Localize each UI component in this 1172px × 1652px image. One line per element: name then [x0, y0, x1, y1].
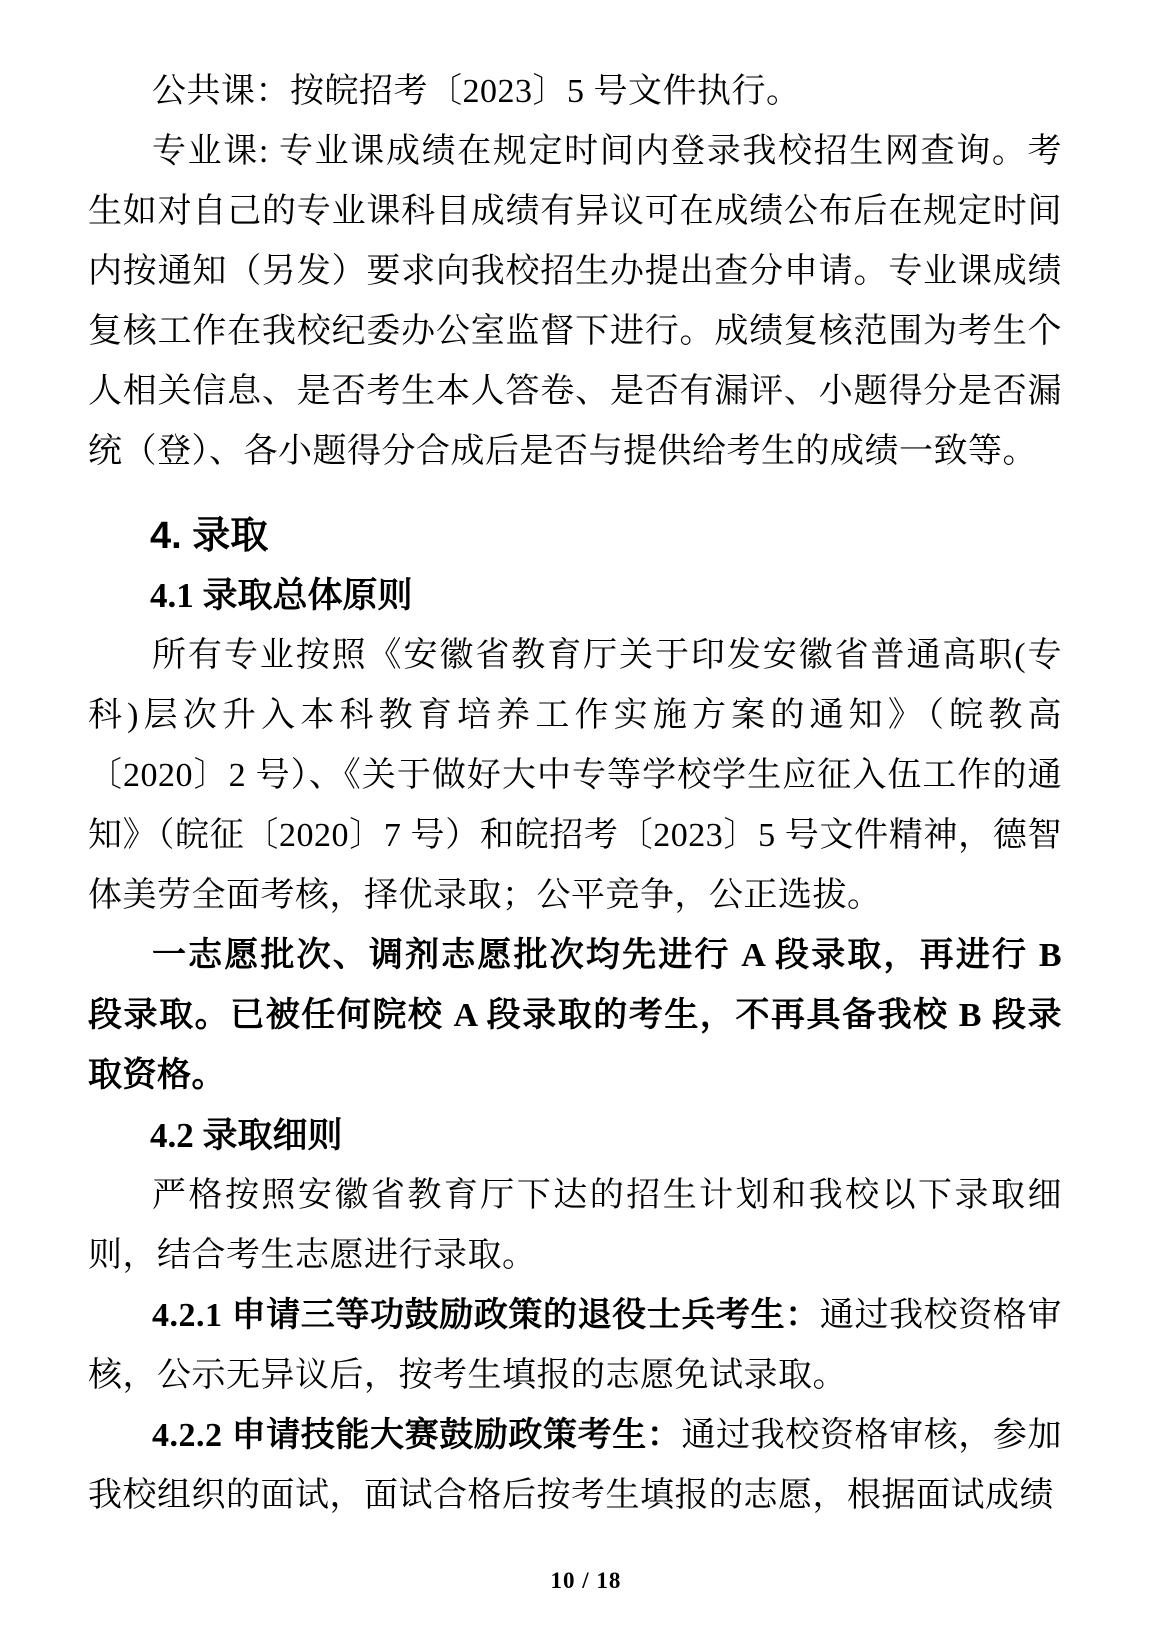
paragraph-4-2-1-lead: 4.2.1 申请三等功鼓励政策的退役士兵考生： — [152, 1297, 820, 1334]
page-number: 10 / 18 — [0, 1568, 1172, 1594]
paragraph-public-course: 公共课：按皖招考〔2023〕5 号文件执行。 — [88, 62, 1062, 122]
document-page: 公共课：按皖招考〔2023〕5 号文件执行。 专业课: 专业课成绩在规定时间内登… — [0, 0, 1172, 1652]
heading-section-4-1-general-principles: 4.1 录取总体原则 — [88, 566, 1062, 626]
paragraph-4-1-policy: 所有专业按照《安徽省教育厅关于印发安徽省普通高职(专科)层次升入本科教育培养工作… — [88, 626, 1062, 926]
heading-section-4-2-detailed-rules: 4.2 录取细则 — [88, 1106, 1062, 1166]
heading-section-4-admission: 4. 录取 — [88, 506, 1062, 566]
paragraph-4-2-1: 4.2.1 申请三等功鼓励政策的退役士兵考生：通过我校资格审核，公示无异议后，按… — [88, 1286, 1062, 1406]
paragraph-ab-section-rule: 一志愿批次、调剂志愿批次均先进行 A 段录取，再进行 B 段录取。已被任何院校 … — [88, 926, 1062, 1106]
paragraph-4-2-intro: 严格按照安徽省教育厅下达的招生计划和我校以下录取细则，结合考生志愿进行录取。 — [88, 1166, 1062, 1286]
paragraph-4-2-2-lead: 4.2.2 申请技能大赛鼓励政策考生： — [152, 1417, 681, 1454]
paragraph-4-2-2: 4.2.2 申请技能大赛鼓励政策考生：通过我校资格审核，参加我校组织的面试，面试… — [88, 1406, 1062, 1526]
paragraph-major-course: 专业课: 专业课成绩在规定时间内登录我校招生网查询。考生如对自己的专业课科目成绩… — [88, 122, 1062, 482]
